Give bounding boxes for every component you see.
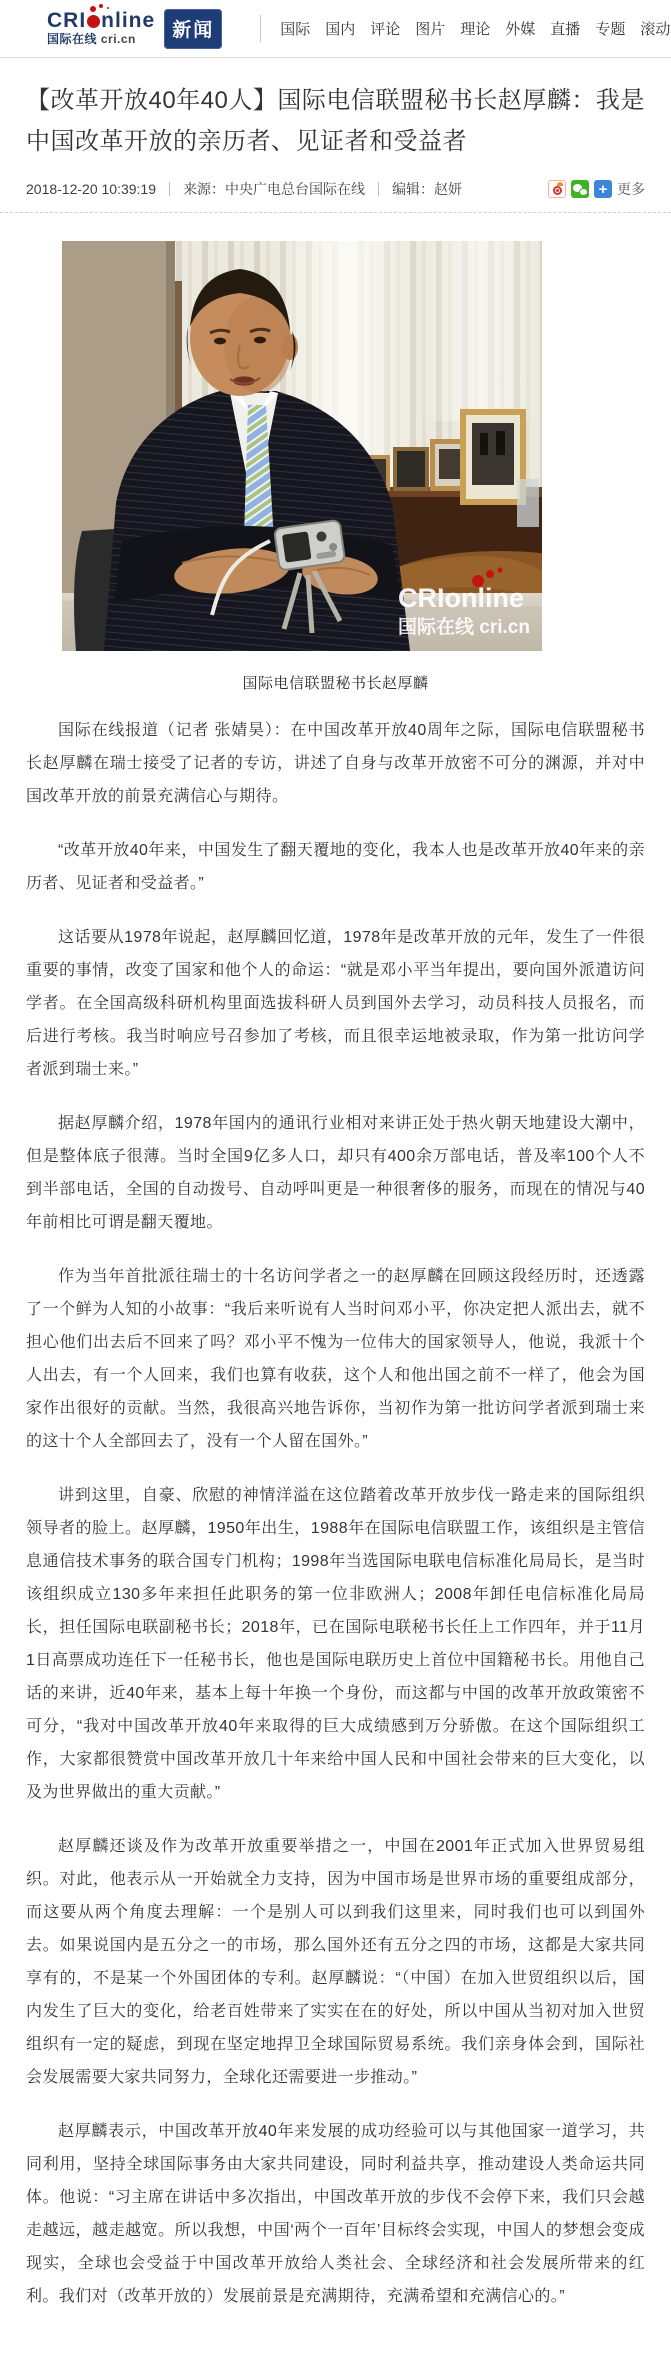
news-channel-badge[interactable]: 新闻 (164, 9, 222, 49)
svg-text:CRIonline: CRIonline (398, 583, 524, 613)
article-paragraph: 据赵厚麟介绍，1978年国内的通讯行业相对来讲正处于热火朝天地建设大潮中，但是整… (26, 1107, 645, 1239)
site-header: CRInline 国际在线 cri.cn 新闻 国际国内评论图片理论外媒直播专题… (0, 0, 671, 58)
article-editor: 编辑：赵妍 (392, 179, 462, 199)
logo-brand-text: CRInline (47, 10, 155, 31)
meta-separator (378, 182, 379, 196)
meta-separator (169, 182, 170, 196)
page-title: 【改革开放40年40人】国际电信联盟秘书长赵厚麟：我是中国改革开放的亲历者、见证… (26, 80, 645, 162)
header-divider (260, 15, 261, 42)
cri-online-logo[interactable]: CRInline 国际在线 cri.cn (47, 10, 155, 47)
article-paragraph: 这话要从1978年说起，赵厚麟回忆道，1978年是改革开放的元年，发生了一件很重… (26, 921, 645, 1086)
nav-link[interactable]: 专题 (595, 18, 625, 39)
wechat-share-icon[interactable] (571, 180, 589, 198)
nav-link[interactable]: 滚动 (640, 18, 670, 39)
publish-datetime: 2018-12-20 10:39:19 (26, 181, 156, 197)
article-meta-row: 2018-12-20 10:39:19 来源：中央广电总台国际在线 编辑：赵妍 … (26, 179, 645, 199)
interview-photo: CRIonline 国际在线 cri.cn (62, 241, 542, 651)
article-photo-figure: CRIonline 国际在线 cri.cn (62, 241, 542, 651)
share-toolbar: 更多 (548, 179, 645, 199)
article-paragraph: 赵厚麟表示，中国改革开放40年来发展的成功经验可以与其他国家一道学习，共同利用，… (26, 2115, 645, 2313)
article-paragraph: 国际在线报道（记者 张婧昊）：在中国改革开放40周年之际，国际电信联盟秘书长赵厚… (26, 714, 645, 813)
nav-link[interactable]: 外媒 (505, 18, 535, 39)
article-paragraph: 讲到这里，自豪、欣慰的神情洋溢在这位踏着改革开放步伐一路走来的国际组织领导者的脸… (26, 1479, 645, 1809)
nav-link[interactable]: 国际 (280, 18, 310, 39)
share-more-label[interactable]: 更多 (617, 179, 645, 199)
article-content: CRIonline 国际在线 cri.cn 国际电信联盟秘书长赵厚麟 国际在线报… (0, 241, 671, 2359)
article-paragraph: 作为当年首批派往瑞士的十名访问学者之一的赵厚麟在回顾这段经历时，还透露了一个鲜为… (26, 1260, 645, 1458)
article-paragraph: 赵厚麟还谈及作为改革开放重要举措之一，中国在2001年正式加入世界贸易组织。对此… (26, 1830, 645, 2094)
nav-link[interactable]: 国内 (325, 18, 355, 39)
plus-more-icon[interactable] (594, 180, 612, 198)
nav-link[interactable]: 评论 (370, 18, 400, 39)
article-source: 来源：中央广电总台国际在线 (183, 179, 365, 199)
logo-wordmark: CRInline 国际在线 cri.cn (47, 10, 155, 47)
dashed-divider (0, 212, 671, 213)
svg-text:国际在线 cri.cn: 国际在线 cri.cn (398, 615, 530, 638)
nav-link[interactable]: 直播 (550, 18, 580, 39)
article-paragraph: “改革开放40年来，中国发生了翻天覆地的变化，我本人也是改革开放40年来的亲历者… (26, 834, 645, 900)
top-navigation: 国际国内评论图片理论外媒直播专题滚动原创国际 (280, 18, 671, 39)
nav-link[interactable]: 图片 (415, 18, 445, 39)
article-body: 国际在线报道（记者 张婧昊）：在中国改革开放40周年之际，国际电信联盟秘书长赵厚… (26, 714, 645, 2359)
weibo-share-icon[interactable] (548, 180, 566, 198)
article-main: 【改革开放40年40人】国际电信联盟秘书长赵厚麟：我是中国改革开放的亲历者、见证… (0, 80, 671, 199)
logo-subtitle: 国际在线 cri.cn (47, 32, 136, 46)
nav-link[interactable]: 理论 (460, 18, 490, 39)
weibo-eye-glyph (553, 186, 562, 195)
photo-caption: 国际电信联盟秘书长赵厚麟 (26, 672, 645, 693)
red-ball-icon (87, 15, 100, 28)
